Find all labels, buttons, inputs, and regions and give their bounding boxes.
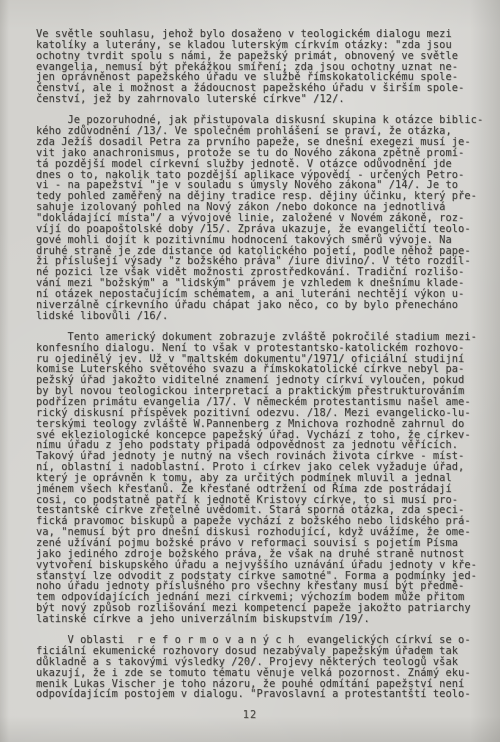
body-paragraph: Tento americký dokument zobrazuje zvlášt… bbox=[36, 332, 486, 625]
document-text-block: Ve světle souhlasu, jehož bylo dosaženo … bbox=[36, 29, 486, 711]
document-page: Ve světle souhlasu, jehož bylo dosaženo … bbox=[0, 0, 500, 742]
body-paragraph: Je pozoruhodné, jak přistupovala diskusn… bbox=[36, 115, 486, 321]
body-paragraph: Ve světle souhlasu, jehož bylo dosaženo … bbox=[36, 29, 486, 105]
body-paragraph: V oblasti r e f o r m o v a n ý c h evan… bbox=[36, 635, 486, 700]
page-number: 12 bbox=[0, 709, 500, 721]
